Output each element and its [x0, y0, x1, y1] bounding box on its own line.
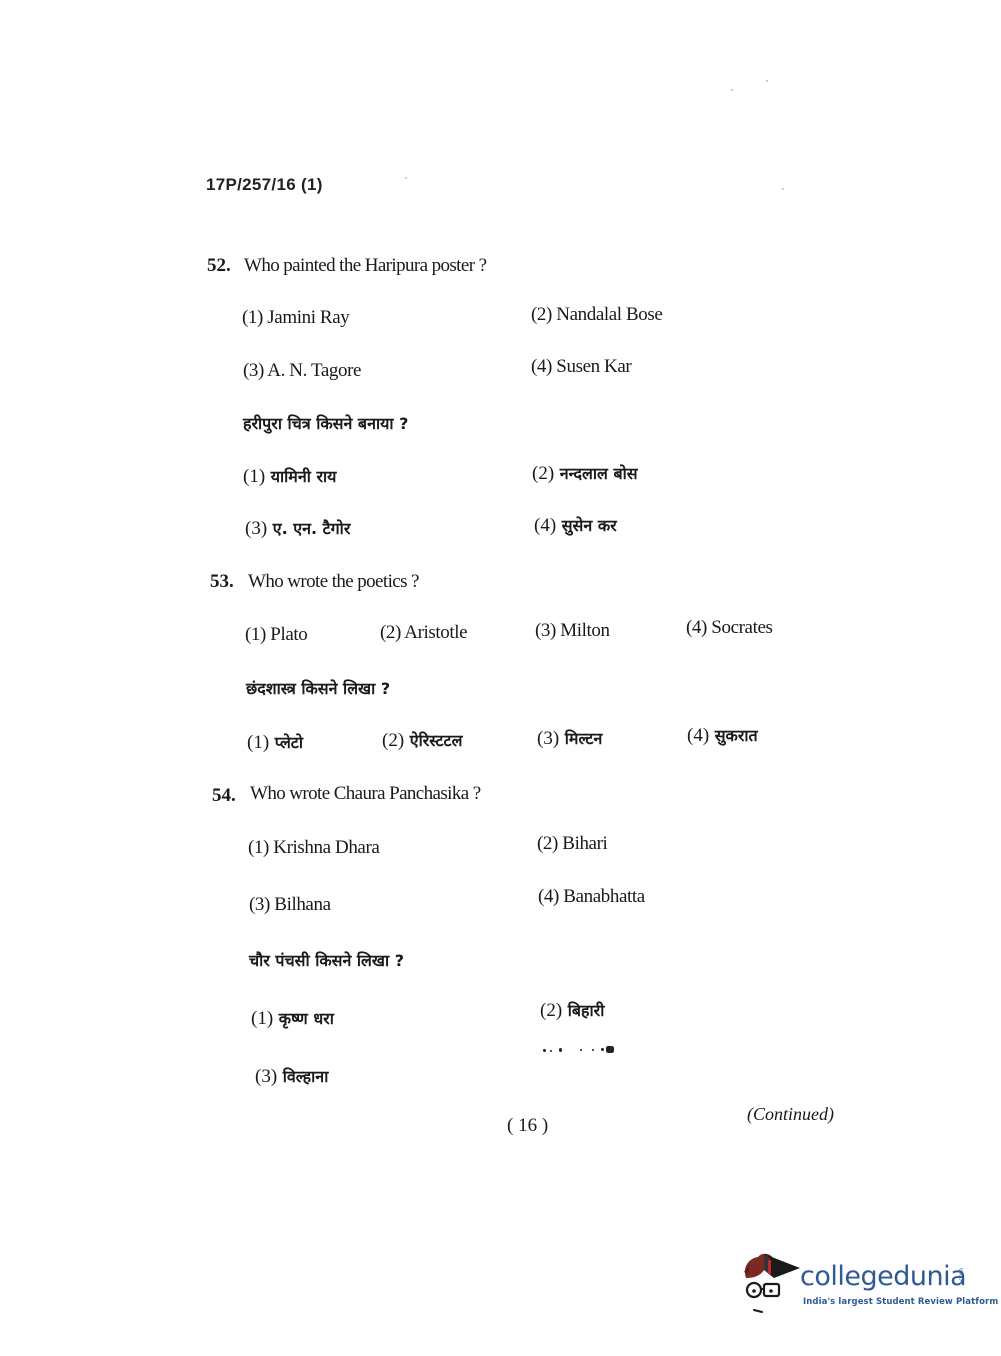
option-num: (2) — [540, 1000, 562, 1021]
option-4-en: (4) Socrates — [686, 617, 772, 639]
option-4-en: (4) Banabhatta — [538, 886, 645, 908]
scan-speck — [731, 89, 733, 91]
scan-speck — [405, 177, 407, 179]
page-number: ( 16 ) — [507, 1115, 548, 1137]
mascot-logo-icon — [740, 1248, 802, 1320]
option-text: यामिनी राय — [271, 467, 337, 486]
option-num: (1) — [251, 1008, 273, 1029]
option-text: विल्हाना — [283, 1067, 329, 1086]
option-num: (1) — [247, 732, 269, 753]
option-num: (2) — [382, 730, 404, 751]
option-4-en: (4) Susen Kar — [531, 356, 631, 378]
question-number: 52. — [207, 255, 231, 277]
option-text: सुकरात — [715, 726, 758, 745]
brand-name: collegedunia — [800, 1261, 966, 1292]
option-text: बिहारी — [568, 1001, 605, 1020]
option-text: ऐरिस्टटल — [410, 731, 463, 750]
option-num: (3) — [537, 728, 559, 749]
continued-label: (Continued) — [747, 1104, 834, 1125]
option-1-en: (1) Jamini Ray — [242, 307, 349, 329]
question-number: 54. — [212, 785, 236, 807]
question-text-hi: छंदशास्त्र किसने लिखा ? — [246, 677, 390, 699]
option-text: प्लेटो — [275, 733, 303, 752]
brand-tagline: India's largest Student Review Platform — [803, 1297, 998, 1307]
option-1-en: (1) Krishna Dhara — [248, 837, 379, 859]
question-text-hi: चौर पंचसी किसने लिखा ? — [249, 949, 404, 971]
option-num: (4) — [534, 515, 556, 536]
option-num: (4) — [687, 725, 709, 746]
option-text: कृष्ण धरा — [279, 1009, 334, 1028]
option-num: (2) — [532, 463, 554, 484]
option-3-en: (3) Milton — [535, 620, 610, 642]
option-text: सुसेन कर — [562, 516, 617, 535]
question-text-en: Who painted the Haripura poster ? — [244, 255, 486, 277]
option-3-hi: (3) विल्हाना — [255, 1065, 328, 1088]
question-number: 53. — [210, 571, 234, 593]
option-3-en: (3) A. N. Tagore — [243, 360, 361, 382]
option-3-hi: (3) मिल्टन — [537, 727, 602, 750]
option-text: ए. एन. टैगोर — [273, 519, 351, 538]
option-num: (1) — [243, 466, 265, 487]
option-text: मिल्टन — [565, 729, 603, 748]
scan-speck — [766, 80, 768, 82]
option-1-hi: (1) कृष्ण धरा — [251, 1007, 334, 1030]
option-num: (3) — [255, 1066, 277, 1087]
option-2-hi: (2) बिहारी — [540, 999, 604, 1022]
option-4-hi: (4) सुसेन कर — [534, 514, 617, 537]
paper-code: 17P/257/16 (1) — [206, 175, 323, 195]
option-num: (3) — [245, 518, 267, 539]
option-2-en: (2) Aristotle — [380, 622, 467, 644]
option-3-hi: (3) ए. एन. टैगोर — [245, 517, 350, 540]
option-1-hi: (1) यामिनी राय — [243, 465, 336, 488]
brand-domain: .com — [958, 1268, 965, 1283]
option-3-en: (3) Bilhana — [249, 894, 331, 916]
option-2-hi: (2) ऐरिस्टटल — [382, 729, 462, 752]
option-4-hi: (4) सुकरात — [687, 724, 758, 747]
option-2-en: (2) Bihari — [537, 833, 607, 855]
option-2-hi: (2) नन्दलाल बोस — [532, 462, 638, 485]
option-2-en: (2) Nandalal Bose — [531, 304, 662, 326]
option-text: नन्दलाल बोस — [560, 464, 638, 483]
question-text-hi: हरीपुरा चित्र किसने बनाया ? — [243, 412, 408, 434]
scan-speck — [782, 188, 784, 190]
option-1-hi: (1) प्लेटो — [247, 731, 303, 754]
option-1-en: (1) Plato — [245, 624, 307, 646]
question-text-en: Who wrote Chaura Panchasika ? — [250, 783, 481, 805]
question-text-en: Who wrote the poetics ? — [248, 571, 419, 593]
